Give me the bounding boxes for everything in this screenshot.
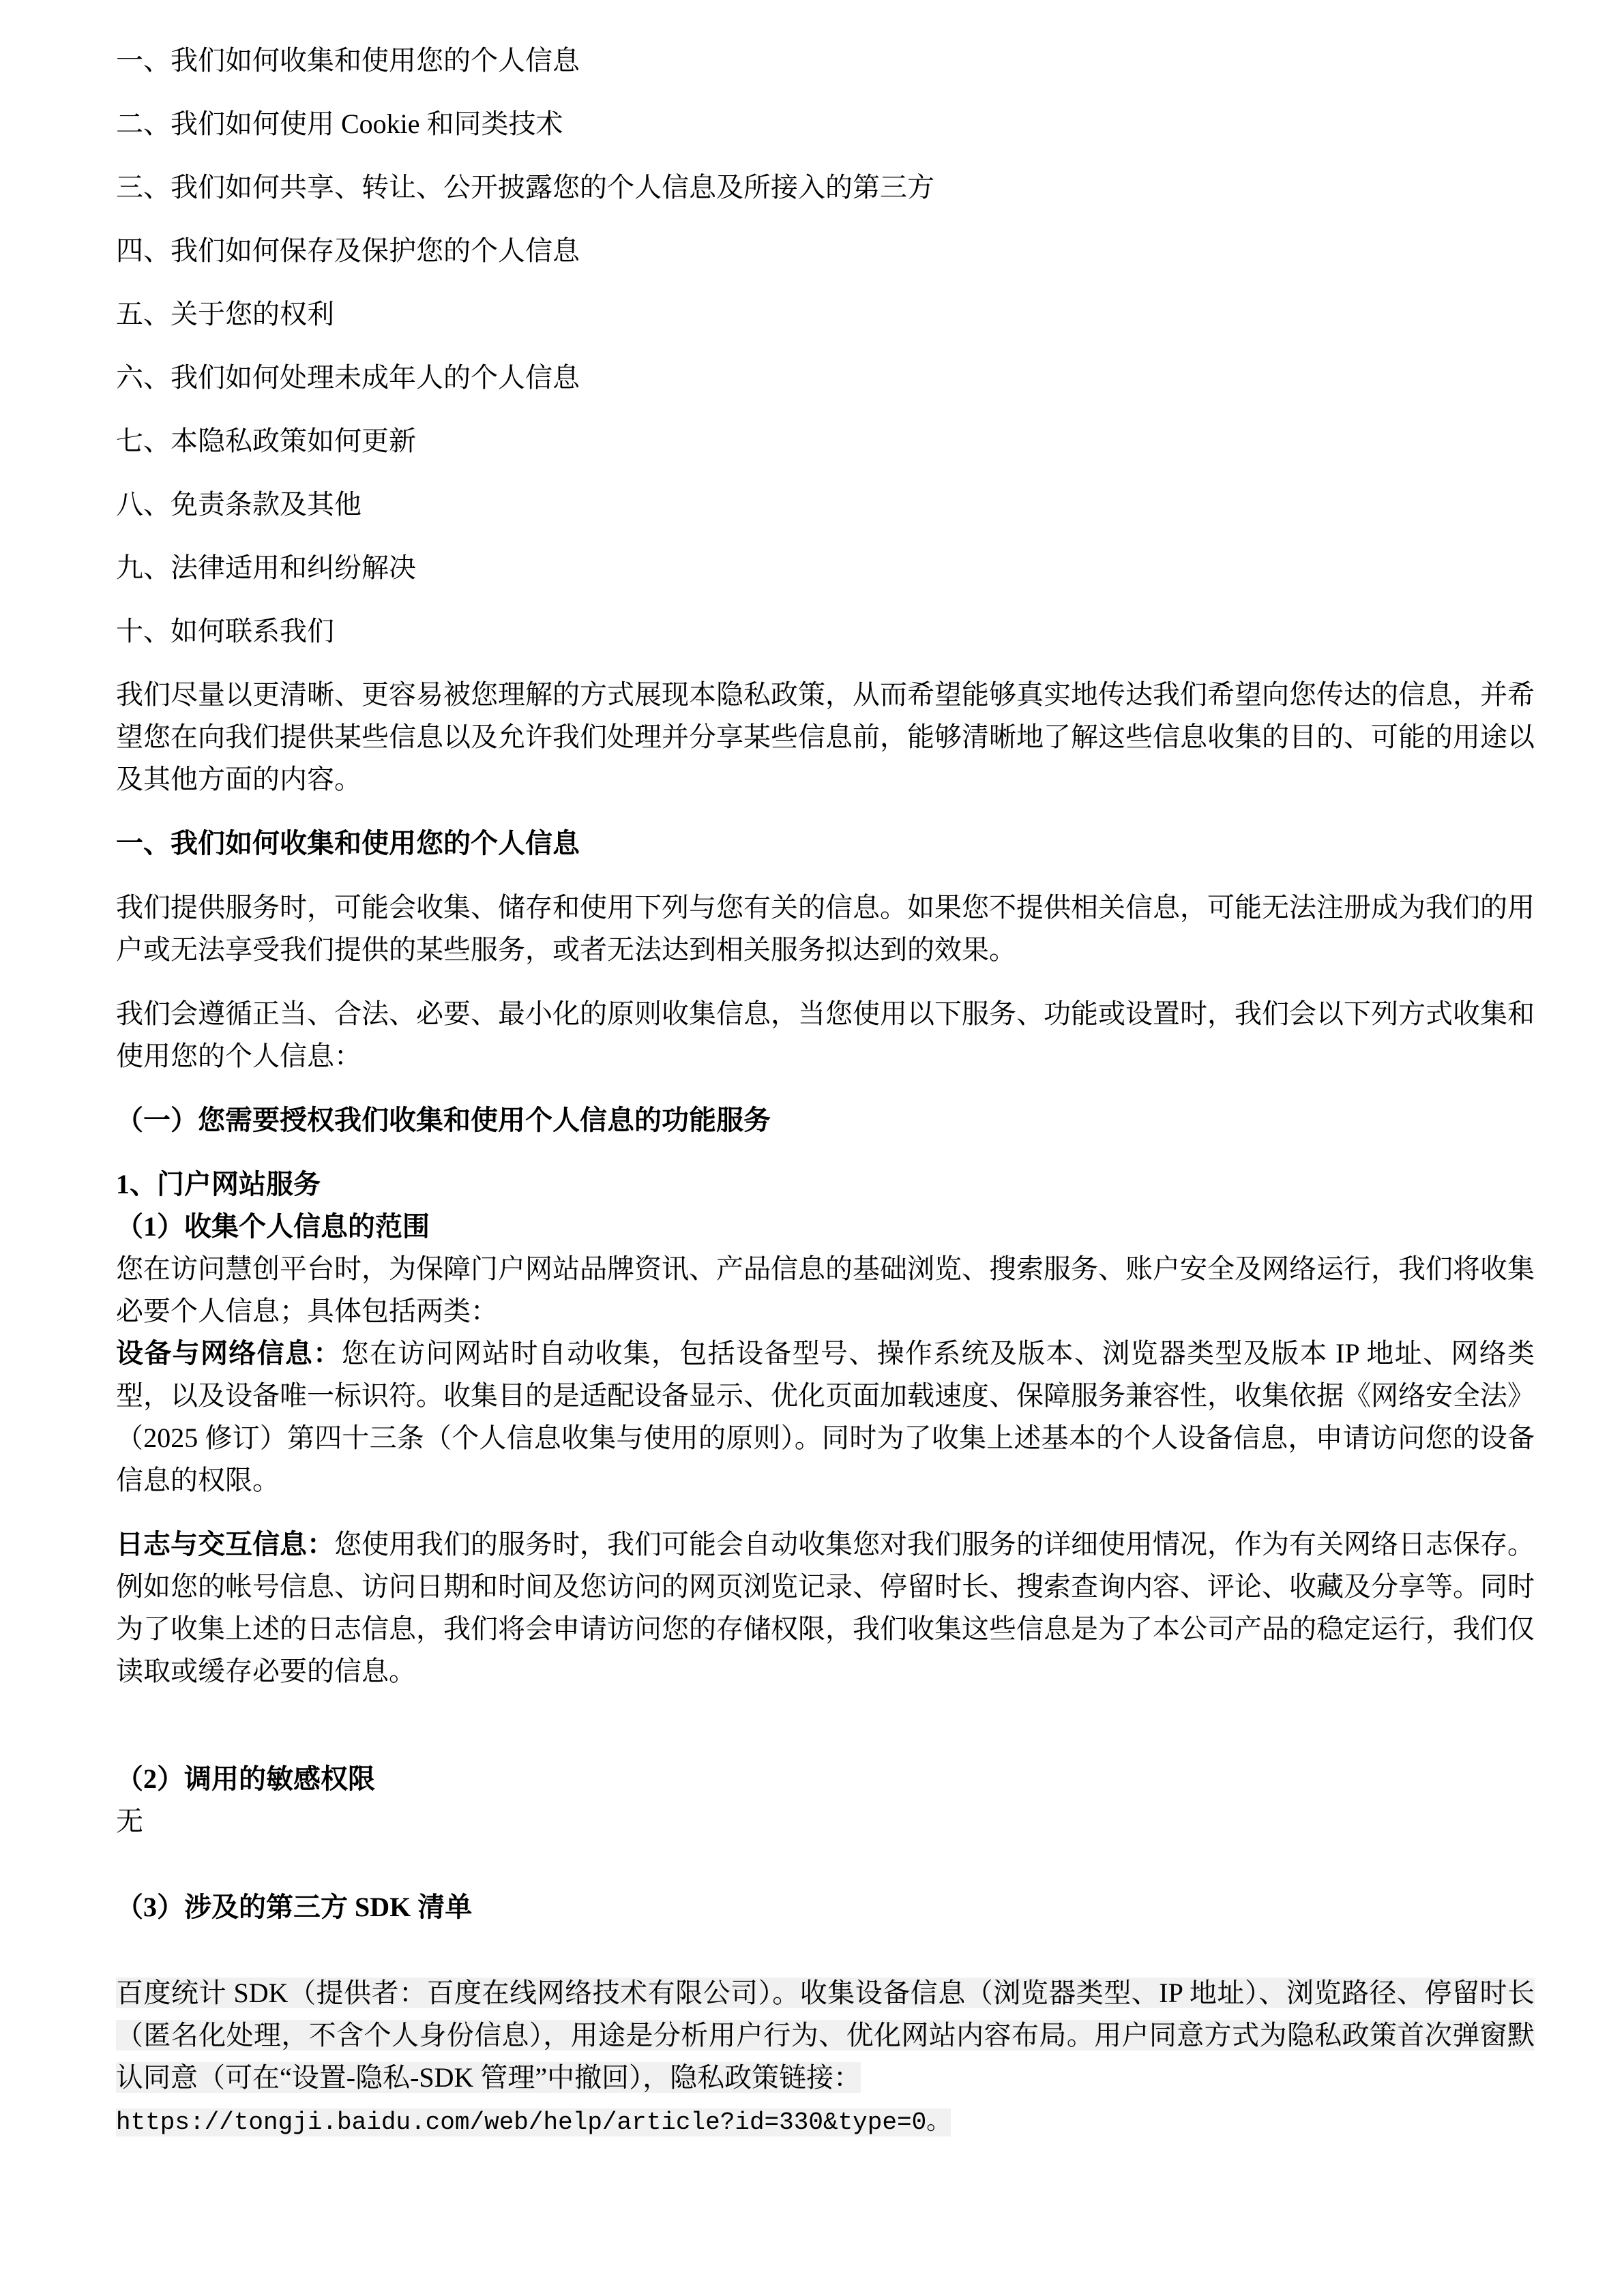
log-interaction-info-lead: 日志与交互信息： xyxy=(116,1529,334,1560)
baidu-sdk-text: 百度统计 SDK（提供者：百度在线网络技术有限公司）。收集设备信息（浏览器类型、… xyxy=(116,1978,1535,2093)
sensitive-permissions-value: 无 xyxy=(116,1800,1535,1843)
log-interaction-info-paragraph: 日志与交互信息：您使用我们的服务时，我们可能会自动收集您对我们服务的详细使用情况… xyxy=(116,1523,1535,1693)
subsection1-heading: （一）您需要授权我们收集和使用个人信息的功能服务 xyxy=(116,1099,1535,1142)
toc-item: 十、如何联系我们 xyxy=(116,610,1535,653)
privacy-policy-document-page: 一、我们如何收集和使用您的个人信息 二、我们如何使用 Cookie 和同类技术 … xyxy=(0,0,1624,2296)
toc-item: 七、本隐私政策如何更新 xyxy=(116,420,1535,462)
table-of-contents: 一、我们如何收集和使用您的个人信息 二、我们如何使用 Cookie 和同类技术 … xyxy=(116,40,1535,653)
toc-item: 三、我们如何共享、转让、公开披露您的个人信息及所接入的第三方 xyxy=(116,166,1535,209)
third-party-sdk-heading: （3）涉及的第三方 SDK 清单 xyxy=(116,1886,1535,1928)
collection-scope-heading: （1）收集个人信息的范围 xyxy=(116,1206,1535,1248)
toc-item: 九、法律适用和纠纷解决 xyxy=(116,547,1535,589)
toc-item: 八、免责条款及其他 xyxy=(116,483,1535,526)
portal-service-heading: 1、门户网站服务 xyxy=(116,1163,1535,1206)
baidu-sdk-privacy-url: https://tongji.baidu.com/web/help/articl… xyxy=(116,2108,951,2136)
services-paragraph: 我们提供服务时，可能会收集、储存和使用下列与您有关的信息。如果您不提供相关信息，… xyxy=(116,886,1535,971)
section1-heading: 一、我们如何收集和使用您的个人信息 xyxy=(116,822,1535,865)
toc-item: 五、关于您的权利 xyxy=(116,293,1535,336)
intro-paragraph: 我们尽量以更清晰、更容易被您理解的方式展现本隐私政策，从而希望能够真实地传达我们… xyxy=(116,674,1535,801)
sensitive-permissions-heading: （2）调用的敏感权限 xyxy=(116,1758,1535,1800)
baidu-sdk-paragraph: 百度统计 SDK（提供者：百度在线网络技术有限公司）。收集设备信息（浏览器类型、… xyxy=(116,1972,1535,2144)
toc-item: 四、我们如何保存及保护您的个人信息 xyxy=(116,230,1535,272)
device-network-info-paragraph: 设备与网络信息：您在访问网站时自动收集，包括设备型号、操作系统及版本、浏览器类型… xyxy=(116,1332,1535,1502)
toc-item: 二、我们如何使用 Cookie 和同类技术 xyxy=(116,103,1535,145)
toc-item: 一、我们如何收集和使用您的个人信息 xyxy=(116,40,1535,82)
principles-paragraph: 我们会遵循正当、合法、必要、最小化的原则收集信息，当您使用以下服务、功能或设置时… xyxy=(116,993,1535,1077)
toc-item: 六、我们如何处理未成年人的个人信息 xyxy=(116,357,1535,399)
device-network-info-lead: 设备与网络信息： xyxy=(116,1338,342,1369)
collection-scope-paragraph: 您在访问慧创平台时，为保障门户网站品牌资讯、产品信息的基础浏览、搜索服务、账户安… xyxy=(116,1248,1535,1332)
